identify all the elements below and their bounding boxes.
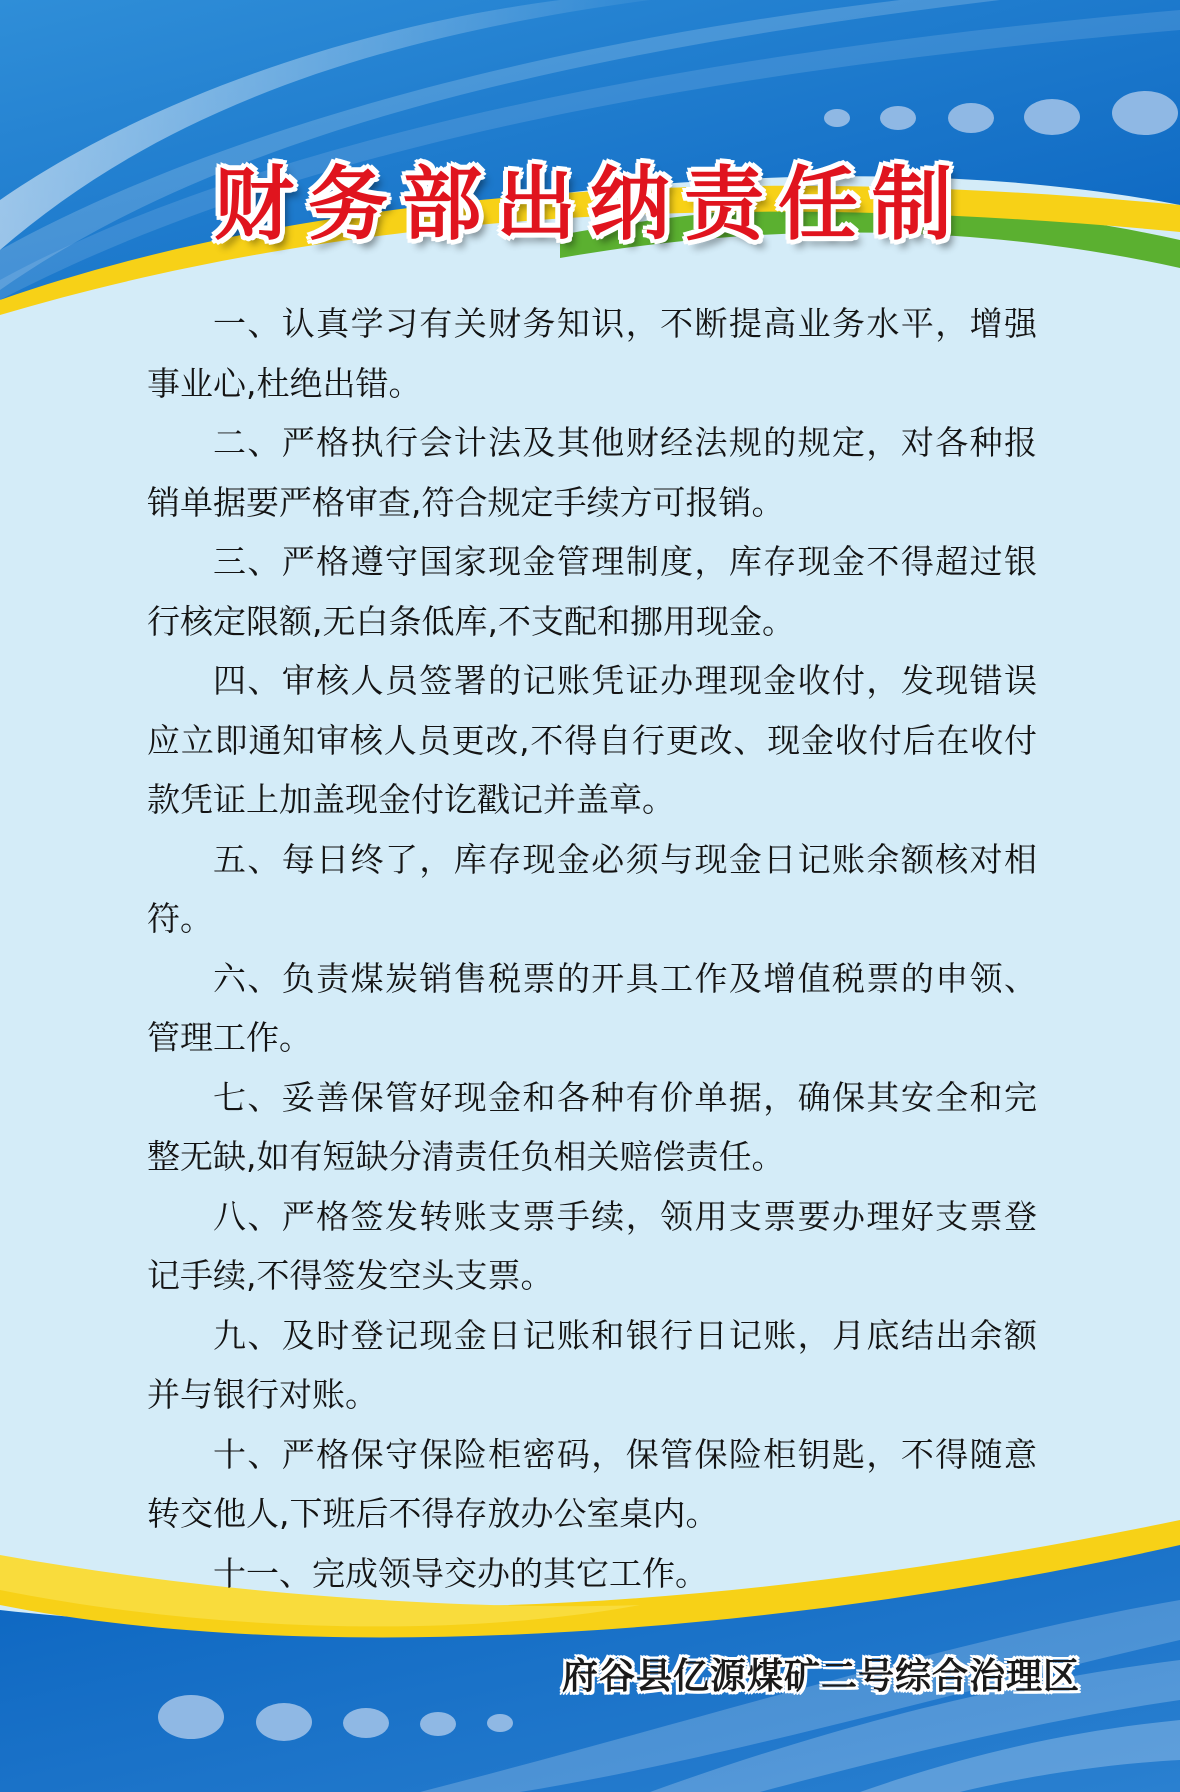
clause-list: 一、认真学习有关财务知识，不断提高业务水平，增强事业心,杜绝出错。 二、严格执行… xyxy=(147,294,1037,1603)
clause-9: 九、及时登记现金日记账和银行日记账，月底结出余额并与银行对账。 xyxy=(147,1306,1037,1425)
clause-7: 七、妥善保管好现金和各种有价单据，确保其安全和完整无缺,如有短缺分清责任负相关赔… xyxy=(147,1068,1037,1187)
poster-title: 财务部出纳责任制 xyxy=(0,140,1180,255)
clause-1: 一、认真学习有关财务知识，不断提高业务水平，增强事业心,杜绝出错。 xyxy=(147,294,1037,413)
clause-10: 十、严格保守保险柜密码，保管保险柜钥匙，不得随意转交他人,下班后不得存放办公室桌… xyxy=(147,1425,1037,1544)
notice-poster: 财务部出纳责任制 一、认真学习有关财务知识，不断提高业务水平，增强事业心,杜绝出… xyxy=(0,0,1180,1792)
organization-name: 府谷县亿源煤矿二号综合治理区 xyxy=(500,1648,1080,1699)
clause-4: 四、审核人员签署的记账凭证办理现金收付，发现错误应立即通知审核人员更改,不得自行… xyxy=(147,651,1037,830)
clause-2: 二、严格执行会计法及其他财经法规的规定，对各种报销单据要严格审查,符合规定手续方… xyxy=(147,413,1037,532)
clause-5: 五、每日终了，库存现金必须与现金日记账余额核对相符。 xyxy=(147,830,1037,949)
clause-11: 十一、完成领导交办的其它工作。 xyxy=(147,1544,1037,1604)
clause-8: 八、严格签发转账支票手续，领用支票要办理好支票登记手续,不得签发空头支票。 xyxy=(147,1187,1037,1306)
clause-3: 三、严格遵守国家现金管理制度，库存现金不得超过银行核定限额,无白条低库,不支配和… xyxy=(147,532,1037,651)
clause-6: 六、负责煤炭销售税票的开具工作及增值税票的申领、管理工作。 xyxy=(147,949,1037,1068)
